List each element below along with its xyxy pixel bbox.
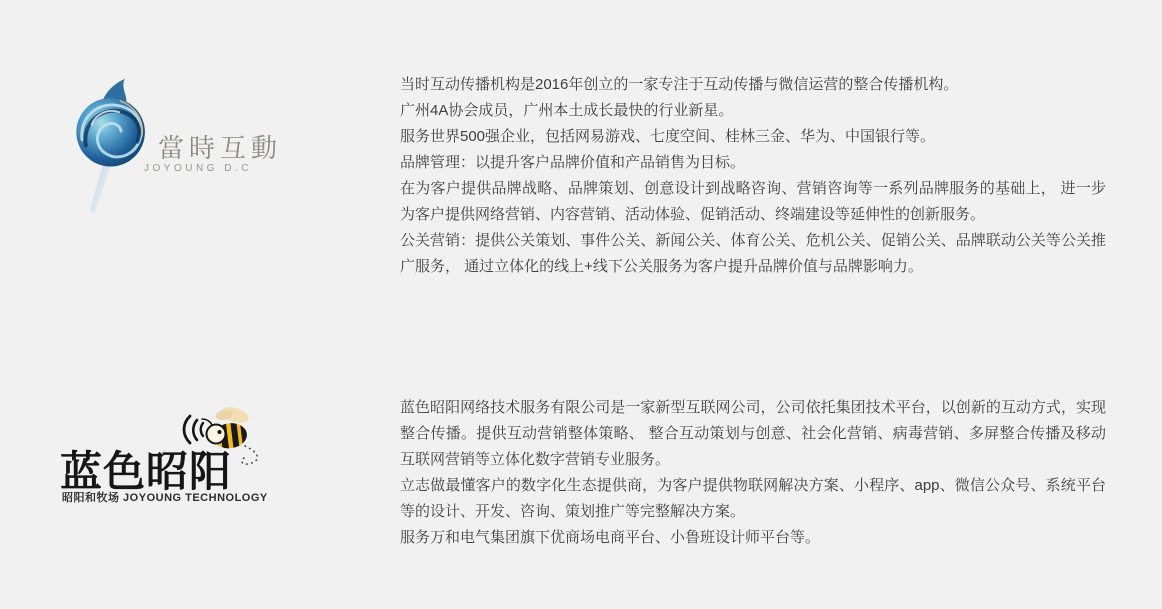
paragraph: 广州4A协会成员，广州本土成长最快的行业新星。: [400, 98, 1106, 124]
paragraph: 立志做最懂客户的数字化生态提供商，为客户提供物联网解决方案、小程序、app、微信…: [400, 473, 1106, 525]
joyoung-dc-name-en: JOYOUNG D.C: [144, 163, 252, 174]
joyoung-technology-description: 蓝色昭阳网络技术服务有限公司是一家新型互联网公司，公司依托集团技术平台，以创新的…: [400, 395, 1106, 551]
joyoung-technology-subtitle: 昭阳和牧场 JOYOUNG TECHNOLOGY: [62, 489, 268, 505]
paragraph: 服务万和电气集团旗下优商场电商平台、小鲁班设计师平台等。: [400, 525, 1106, 551]
company-profile-page: 當時互動 JOYOUNG D.C 当时互动传播机构是2016年创立的一家专注于互…: [0, 0, 1162, 609]
paragraph: 蓝色昭阳网络技术服务有限公司是一家新型互联网公司，公司依托集团技术平台，以创新的…: [400, 395, 1106, 473]
paragraph: 在为客户提供品牌战略、品牌策划、创意设计到战略咨询、营销咨询等一系列品牌服务的基…: [400, 176, 1106, 228]
paragraph: 当时互动传播机构是2016年创立的一家专注于互动传播与微信运营的整合传播机构。: [400, 72, 1106, 98]
joyoung-technology-logo: 蓝色昭阳 昭阳和牧场 JOYOUNG TECHNOLOGY: [60, 403, 310, 513]
joyoung-dc-description: 当时互动传播机构是2016年创立的一家专注于互动传播与微信运营的整合传播机构。 …: [400, 72, 1106, 280]
joyoung-dc-name-cn: 當時互動: [158, 128, 282, 165]
joyoung-dc-logo: 當時互動 JOYOUNG D.C: [60, 75, 310, 220]
lollipop-swirl-icon: [63, 75, 163, 217]
paragraph: 品牌管理：以提升客户品牌价值和产品销售为目标。: [400, 150, 1106, 176]
paragraph: 服务世界500强企业，包括网易游戏、七度空间、桂林三金、华为、中国银行等。: [400, 124, 1106, 150]
paragraph: 公关营销：提供公关策划、事件公关、新闻公关、体育公关、危机公关、促销公关、品牌联…: [400, 228, 1106, 280]
